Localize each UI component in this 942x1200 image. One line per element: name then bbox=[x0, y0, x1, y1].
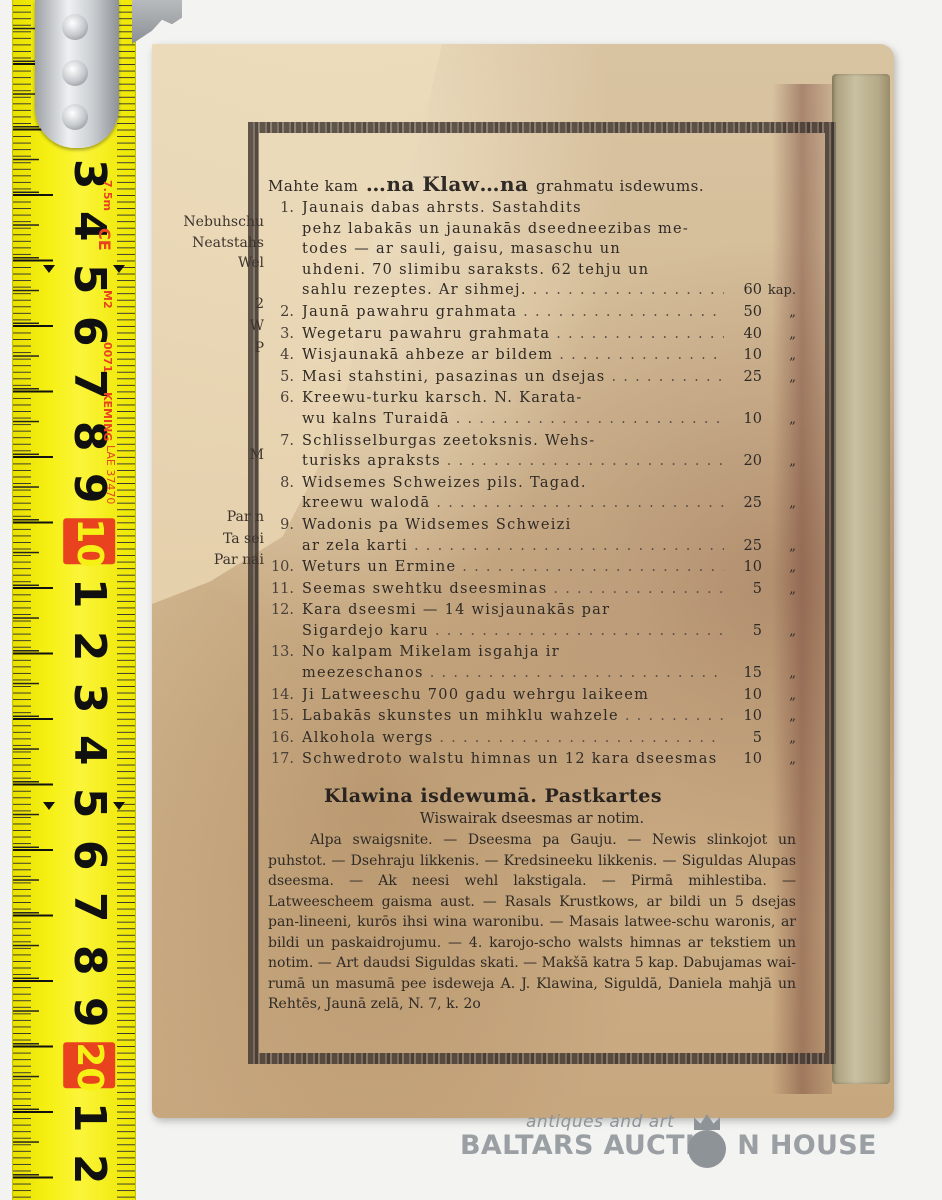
publisher-title: …na Klaw…na bbox=[366, 172, 529, 196]
catalog-title: Alkohola wergs bbox=[302, 728, 724, 749]
tape-number: 4 bbox=[63, 720, 115, 780]
catalog-price: 5 bbox=[724, 621, 762, 642]
catalog-unit: „ bbox=[762, 303, 796, 324]
catalog-row: 10.Weturs un Ermine10„ bbox=[268, 557, 796, 579]
catalog-row: M7.Schlisselburgas zeetoksnis. Wehs- bbox=[268, 431, 796, 452]
catalog-unit: „ bbox=[762, 537, 796, 558]
catalog-price: 25 bbox=[724, 367, 762, 388]
catalog-number: 13. bbox=[268, 642, 294, 663]
catalog-title: meezeschanos bbox=[302, 663, 724, 684]
catalog-row: 17.Schwedroto walstu himnas un 12 kara d… bbox=[268, 749, 796, 771]
catalog-title: No kalpam Mikelam isgahja ir bbox=[302, 642, 724, 663]
document-header: Mahte kam …na Klaw…na grahmatu isdewums. bbox=[268, 172, 796, 196]
tape-marking-length: 7.5m bbox=[101, 180, 114, 211]
catalog-number: 7. bbox=[268, 431, 294, 452]
tape-serial: LAE 37470 bbox=[104, 445, 117, 504]
catalog-number: 3. bbox=[268, 324, 294, 345]
catalog-title: todes — ar sauli, gaisu, masaschu un bbox=[302, 239, 724, 260]
rivet-icon bbox=[62, 14, 88, 40]
tape-metal-clip bbox=[35, 0, 119, 148]
catalog-title: Ji Latweeschu 700 gadu wehrgu laikeem bbox=[302, 685, 724, 706]
catalog-number: 9. bbox=[268, 515, 294, 536]
catalog-unit: „ bbox=[762, 622, 796, 643]
catalog-row: 2sahlu rezeptes. Ar sihmej.60kap. bbox=[268, 280, 796, 302]
tape-number: 5 bbox=[63, 773, 115, 833]
catalog-unit: „ bbox=[762, 410, 796, 431]
catalog-title: pehz labakās un jaunakās dseedneezibas m… bbox=[302, 219, 724, 240]
catalog-number: 6. bbox=[268, 388, 294, 409]
catalog-title: Seemas swehtku dseesminas bbox=[302, 579, 724, 600]
catalog-row: 15.Labakās skunstes un mihklu wahzele10„ bbox=[268, 706, 796, 728]
tape-marking-code: 0071 bbox=[101, 342, 114, 373]
catalog-price: 5 bbox=[724, 728, 762, 749]
catalog-title: Wadonis pa Widsemes Schweizi bbox=[302, 515, 724, 536]
catalog-number: 1. bbox=[268, 198, 294, 219]
margin-fragment: Ta sei bbox=[223, 529, 264, 550]
catalog-row: Ta sei9.Wadonis pa Widsemes Schweizi bbox=[268, 515, 796, 536]
catalog-row: 16.Alkohola wergs5„ bbox=[268, 728, 796, 750]
catalog-row: W2.Jaunā pawahru grahmata50„ bbox=[268, 302, 796, 324]
catalog-price: 25 bbox=[724, 493, 762, 514]
watermark-tagline: antiques and art bbox=[526, 1112, 674, 1132]
catalog-price: 10 bbox=[724, 345, 762, 366]
catalog-unit: kap. bbox=[762, 281, 796, 302]
watermark-name: BALTARS AUCTIN HOUSE bbox=[460, 1130, 877, 1161]
header-title-rest: grahmatu isdewums. bbox=[536, 177, 704, 195]
rivet-icon bbox=[62, 60, 88, 86]
catalog-price: 15 bbox=[724, 663, 762, 684]
catalog-price: 10 bbox=[724, 557, 762, 578]
catalog-title: uhdeni. 70 slimibu saraksts. 62 tehju un bbox=[302, 260, 724, 281]
ce-mark: CE bbox=[95, 228, 114, 251]
catalog-unit: „ bbox=[762, 707, 796, 728]
catalog-row: P3.Wegetaru pawahru grahmata40„ bbox=[268, 324, 796, 346]
catalog-title: Schwedroto walstu himnas un 12 kara dsee… bbox=[302, 749, 724, 770]
margin-fragment: W bbox=[250, 316, 264, 337]
arrow-marker-icon bbox=[113, 265, 125, 273]
watermark-name-left: BALTARS AUCTI bbox=[460, 1130, 695, 1161]
catalog-row: 6.Kreewu-turku karsch. N. Karata- bbox=[268, 388, 796, 409]
margin-fragment: P bbox=[255, 338, 264, 359]
arrow-marker-icon bbox=[113, 802, 125, 810]
margin-fragment: 2 bbox=[255, 294, 264, 315]
catalog-number: 4. bbox=[268, 345, 294, 366]
catalog-unit: „ bbox=[762, 729, 796, 750]
catalog-row: meezeschanos15„ bbox=[268, 663, 796, 685]
header-left-fragment: Mahte kam bbox=[268, 177, 358, 195]
margin-fragment: Neatstahs bbox=[192, 233, 264, 254]
margin-fragment: Par n bbox=[227, 507, 264, 528]
catalog-number: 12. bbox=[268, 600, 294, 621]
catalog-unit: „ bbox=[762, 325, 796, 346]
catalog-unit: „ bbox=[762, 558, 796, 579]
catalog-unit: „ bbox=[762, 494, 796, 515]
catalog-title: Kreewu-turku karsch. N. Karata- bbox=[302, 388, 724, 409]
tape-hook bbox=[132, 0, 182, 44]
tape-number: 7 bbox=[63, 878, 115, 938]
catalog-row: 11.Seemas swehtku dseesminas5„ bbox=[268, 579, 796, 601]
catalog-number: 11. bbox=[268, 579, 294, 600]
crown-icon bbox=[694, 1114, 720, 1130]
tape-number: 20 bbox=[63, 1042, 115, 1088]
book-catalog-list: Nebuhschu1.Jaunais dabas ahrsts. Sastahd… bbox=[268, 198, 796, 771]
tape-marking-class: M2 bbox=[101, 290, 114, 309]
watermark-name-right: N HOUSE bbox=[737, 1130, 876, 1161]
catalog-title: wu kalns Turaidā bbox=[302, 409, 724, 430]
catalog-number: 16. bbox=[268, 728, 294, 749]
arrow-marker-icon bbox=[43, 265, 55, 273]
tape-brand: KEMING bbox=[101, 392, 114, 441]
catalog-row: Neatstahspehz labakās un jaunakās dseedn… bbox=[268, 219, 796, 240]
tape-number: 10 bbox=[63, 518, 115, 564]
catalog-row: wu kalns Turaidā10„ bbox=[268, 409, 796, 431]
catalog-title: kreewu walodā bbox=[302, 493, 724, 514]
catalog-title: Wisjaunakā ahbeze ar bildem bbox=[302, 345, 724, 366]
catalog-number: 8. bbox=[268, 473, 294, 494]
tape-number: 2 bbox=[63, 616, 115, 676]
catalog-price: 25 bbox=[724, 536, 762, 557]
catalog-row: 13.No kalpam Mikelam isgahja ir bbox=[268, 642, 796, 663]
catalog-unit: „ bbox=[762, 580, 796, 601]
catalog-number: 15. bbox=[268, 706, 294, 727]
catalog-row: uhdeni. 70 slimibu saraksts. 62 tehju un bbox=[268, 260, 796, 281]
arrow-marker-icon bbox=[43, 802, 55, 810]
margin-fragment: Nebuhschu bbox=[183, 212, 264, 233]
catalog-row: 12.Kara dseesmi — 14 wisjaunakās par bbox=[268, 600, 796, 621]
catalog-price: 50 bbox=[724, 302, 762, 323]
catalog-title: Jaunā pawahru grahmata bbox=[302, 302, 724, 323]
catalog-title: Masi stahstini, pasazinas un dsejas bbox=[302, 367, 724, 388]
catalog-price: 10 bbox=[724, 706, 762, 727]
catalog-row: Par naiar zela karti25„ bbox=[268, 536, 796, 558]
rivet-icon bbox=[62, 104, 88, 130]
catalog-price: 5 bbox=[724, 579, 762, 600]
catalog-number: 5. bbox=[268, 367, 294, 388]
catalog-number: 14. bbox=[268, 685, 294, 706]
tape-number: 2 bbox=[63, 1140, 115, 1200]
catalog-price: 10 bbox=[724, 749, 762, 770]
catalog-row: 4.Wisjaunakā ahbeze ar bildem10„ bbox=[268, 345, 796, 367]
catalog-title: ar zela karti bbox=[302, 536, 724, 557]
catalog-price: 10 bbox=[724, 685, 762, 706]
catalog-unit: „ bbox=[762, 686, 796, 707]
catalog-title: sahlu rezeptes. Ar sihmej. bbox=[302, 280, 724, 301]
document-content: Mahte kam …na Klaw…na grahmatu isdewums.… bbox=[268, 172, 796, 1015]
catalog-title: Sigardejo karu bbox=[302, 621, 724, 642]
catalog-title: Kara dseesmi — 14 wisjaunakās par bbox=[302, 600, 724, 621]
margin-fragment: Wel bbox=[238, 253, 264, 274]
catalog-row: Weltodes — ar sauli, gaisu, masaschu un bbox=[268, 239, 796, 260]
catalog-row: Nebuhschu1.Jaunais dabas ahrsts. Sastahd… bbox=[268, 198, 796, 219]
tape-number: 1 bbox=[63, 563, 115, 623]
book-spine bbox=[832, 74, 890, 1084]
catalog-title: Weturs un Ermine bbox=[302, 557, 724, 578]
margin-fragment: M bbox=[250, 445, 264, 466]
catalog-row: 8.Widsemes Schweizes pils. Tagad. bbox=[268, 473, 796, 494]
catalog-unit: „ bbox=[762, 750, 796, 771]
catalog-number: 10. bbox=[268, 557, 294, 578]
catalog-row: turisks apraksts20„ bbox=[268, 451, 796, 473]
catalog-title: Wegetaru pawahru grahmata bbox=[302, 324, 724, 345]
section-body: Alpa swaigsnite. — Dseesma pa Gauju. — N… bbox=[268, 830, 796, 1015]
tape-number: 3 bbox=[63, 668, 115, 728]
tape-ticks-left bbox=[13, 0, 53, 1200]
catalog-unit: „ bbox=[762, 346, 796, 367]
margin-fragment: Par nai bbox=[214, 550, 264, 571]
coin-logo-icon bbox=[688, 1130, 726, 1168]
catalog-price: 10 bbox=[724, 409, 762, 430]
catalog-unit: „ bbox=[762, 452, 796, 473]
catalog-price: 20 bbox=[724, 451, 762, 472]
tape-measure: 3456789101234567892012 7.5m CE M2 0071 K… bbox=[12, 0, 136, 1200]
catalog-row: Sigardejo karu5„ bbox=[268, 621, 796, 643]
catalog-title: Jaunais dabas ahrsts. Sastahdits bbox=[302, 198, 724, 219]
catalog-title: Labakās skunstes un mihklu wahzele bbox=[302, 706, 724, 727]
catalog-number: 17. bbox=[268, 749, 294, 770]
catalog-number: 2. bbox=[268, 302, 294, 323]
catalog-title: Schlisselburgas zeetoksnis. Wehs- bbox=[302, 431, 724, 452]
catalog-row: 14.Ji Latweeschu 700 gadu wehrgu laikeem… bbox=[268, 685, 796, 707]
catalog-price: 60 bbox=[724, 280, 762, 301]
catalog-title: turisks apraksts bbox=[302, 451, 724, 472]
catalog-price: 40 bbox=[724, 324, 762, 345]
catalog-row: 5.Masi stahstini, pasazinas un dsejas25„ bbox=[268, 367, 796, 389]
tape-number: 8 bbox=[63, 930, 115, 990]
book-back-cover: Mahte kam …na Klaw…na grahmatu isdewums.… bbox=[152, 44, 894, 1118]
tape-number: 9 bbox=[63, 982, 115, 1042]
catalog-row: Par nkreewu walodā25„ bbox=[268, 493, 796, 515]
auction-watermark: antiques and art BALTARS AUCTIN HOUSE bbox=[460, 1112, 880, 1172]
catalog-unit: „ bbox=[762, 664, 796, 685]
section-subtitle: Wiswairak dseesmas ar notim. bbox=[268, 811, 796, 827]
catalog-unit: „ bbox=[762, 368, 796, 389]
catalog-title: Widsemes Schweizes pils. Tagad. bbox=[302, 473, 724, 494]
section-title: Klawina isdewumā. Pastkartes bbox=[324, 785, 796, 807]
